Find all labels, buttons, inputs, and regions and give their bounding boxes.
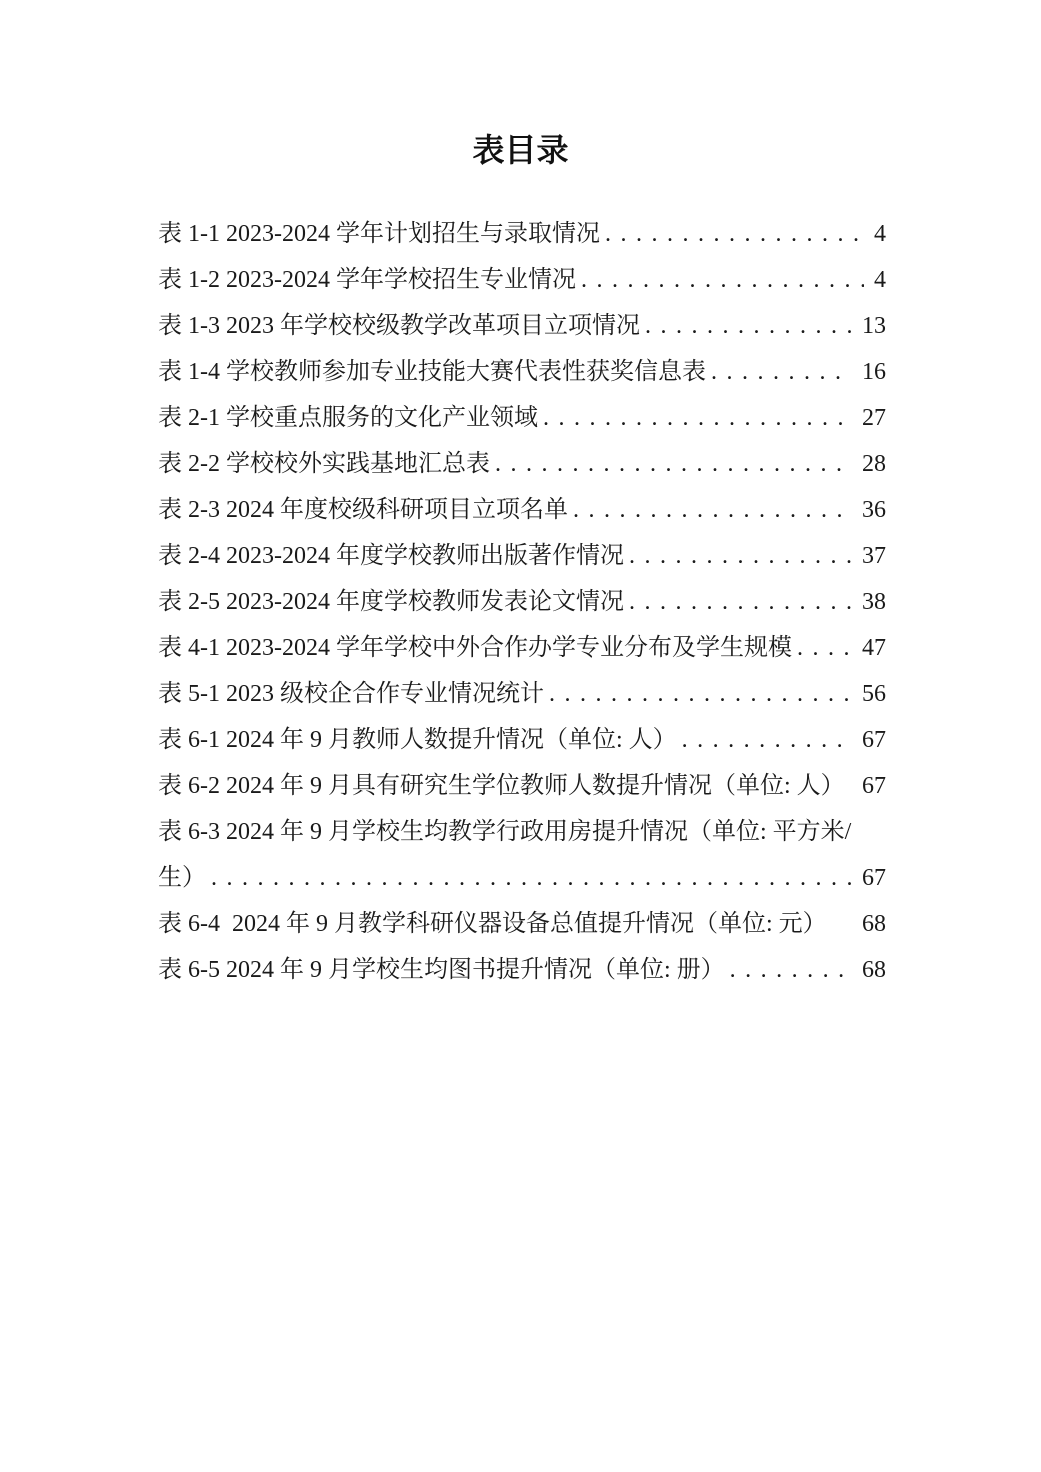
toc-page-number: 28 bbox=[852, 441, 886, 487]
toc-page-number: 27 bbox=[852, 395, 886, 441]
toc-entry: 表 1-3 2023 年学校校级教学改革项目立项情况 13 bbox=[158, 303, 886, 349]
dot-leader bbox=[725, 947, 852, 993]
toc-entry: 表 2-1 学校重点服务的文化产业领域 27 bbox=[158, 395, 886, 441]
toc-entry: 表 2-3 2024 年度校级科研项目立项名单 36 bbox=[158, 487, 886, 533]
toc-entry: 表 1-1 2023-2024 学年计划招生与录取情况 4 bbox=[158, 211, 886, 257]
toc-page-number: 36 bbox=[852, 487, 886, 533]
dot-leader bbox=[624, 533, 852, 579]
dot-leader bbox=[792, 625, 852, 671]
toc-page-number: 67 bbox=[852, 717, 886, 763]
toc-entry-label: 表 1-1 2023-2024 学年计划招生与录取情况 bbox=[158, 211, 600, 257]
toc-page-number: 4 bbox=[864, 257, 886, 303]
toc-entry: 生） 67 bbox=[158, 855, 886, 901]
toc-entry-label: 表 6-4 2024 年 9 月教学科研仪器设备总值提升情况（单位: 元） bbox=[158, 901, 827, 947]
table-of-tables: 表 1-1 2023-2024 学年计划招生与录取情况 4 表 1-2 2023… bbox=[158, 211, 886, 993]
toc-page-number: 68 bbox=[852, 901, 886, 947]
toc-entry: 表 6-4 2024 年 9 月教学科研仪器设备总值提升情况（单位: 元） 68 bbox=[158, 901, 886, 947]
toc-entry-label: 生） bbox=[158, 855, 206, 901]
dot-leader bbox=[600, 211, 864, 257]
toc-page-number: 37 bbox=[852, 533, 886, 579]
dot-leader bbox=[677, 717, 852, 763]
toc-entry-label: 表 6-2 2024 年 9 月具有研究生学位教师人数提升情况（单位: 人） bbox=[158, 763, 845, 809]
toc-page-number: 38 bbox=[852, 579, 886, 625]
toc-page-number: 68 bbox=[852, 947, 886, 993]
toc-entry: 表 1-4 学校教师参加专业技能大赛代表性获奖信息表 16 bbox=[158, 349, 886, 395]
toc-entry-label: 表 1-4 学校教师参加专业技能大赛代表性获奖信息表 bbox=[158, 349, 706, 395]
toc-entry-label: 表 4-1 2023-2024 学年学校中外合作办学专业分布及学生规模 bbox=[158, 625, 792, 671]
dot-leader bbox=[568, 487, 852, 533]
toc-entry-label: 表 2-1 学校重点服务的文化产业领域 bbox=[158, 395, 538, 441]
dot-leader bbox=[706, 349, 852, 395]
toc-page-number: 4 bbox=[864, 211, 886, 257]
toc-entry: 表 2-4 2023-2024 年度学校教师出版著作情况 37 bbox=[158, 533, 886, 579]
document-page: 表目录 表 1-1 2023-2024 学年计划招生与录取情况 4 表 1-2 … bbox=[0, 0, 1041, 1472]
dot-leader bbox=[538, 395, 852, 441]
toc-page-number: 56 bbox=[852, 671, 886, 717]
dot-leader bbox=[576, 257, 864, 303]
toc-entry-label: 表 6-3 2024 年 9 月学校生均教学行政用房提升情况（单位: 平方米/ bbox=[158, 809, 851, 855]
dot-leader bbox=[624, 579, 852, 625]
toc-entry: 表 6-1 2024 年 9 月教师人数提升情况（单位: 人） 67 bbox=[158, 717, 886, 763]
toc-page-number: 16 bbox=[852, 349, 886, 395]
toc-entry: 表 4-1 2023-2024 学年学校中外合作办学专业分布及学生规模 47 bbox=[158, 625, 886, 671]
toc-entry: 表 1-2 2023-2024 学年学校招生专业情况 4 bbox=[158, 257, 886, 303]
toc-page-number: 47 bbox=[852, 625, 886, 671]
toc-page-number: 67 bbox=[852, 855, 886, 901]
toc-entry-label: 表 6-1 2024 年 9 月教师人数提升情况（单位: 人） bbox=[158, 717, 677, 763]
page-title: 表目录 bbox=[0, 130, 1041, 170]
toc-entry-label: 表 6-5 2024 年 9 月学校生均图书提升情况（单位: 册） bbox=[158, 947, 725, 993]
toc-entry: 表 5-1 2023 级校企合作专业情况统计 56 bbox=[158, 671, 886, 717]
dot-leader bbox=[640, 303, 852, 349]
toc-entry: 表 6-3 2024 年 9 月学校生均教学行政用房提升情况（单位: 平方米/ bbox=[158, 809, 886, 855]
dot-leader bbox=[206, 855, 852, 901]
toc-entry: 表 6-2 2024 年 9 月具有研究生学位教师人数提升情况（单位: 人） 6… bbox=[158, 763, 886, 809]
toc-entry-label: 表 5-1 2023 级校企合作专业情况统计 bbox=[158, 671, 544, 717]
toc-entry: 表 6-5 2024 年 9 月学校生均图书提升情况（单位: 册） 68 bbox=[158, 947, 886, 993]
toc-entry: 表 2-2 学校校外实践基地汇总表 28 bbox=[158, 441, 886, 487]
dot-leader bbox=[490, 441, 852, 487]
toc-page-number: 67 bbox=[852, 763, 886, 809]
toc-page-number: 13 bbox=[852, 303, 886, 349]
toc-entry-label: 表 1-3 2023 年学校校级教学改革项目立项情况 bbox=[158, 303, 640, 349]
toc-entry-label: 表 1-2 2023-2024 学年学校招生专业情况 bbox=[158, 257, 576, 303]
toc-entry-label: 表 2-3 2024 年度校级科研项目立项名单 bbox=[158, 487, 568, 533]
toc-entry: 表 2-5 2023-2024 年度学校教师发表论文情况 38 bbox=[158, 579, 886, 625]
toc-entry-label: 表 2-4 2023-2024 年度学校教师出版著作情况 bbox=[158, 533, 624, 579]
toc-entry-label: 表 2-5 2023-2024 年度学校教师发表论文情况 bbox=[158, 579, 624, 625]
dot-leader bbox=[544, 671, 852, 717]
toc-entry-label: 表 2-2 学校校外实践基地汇总表 bbox=[158, 441, 490, 487]
